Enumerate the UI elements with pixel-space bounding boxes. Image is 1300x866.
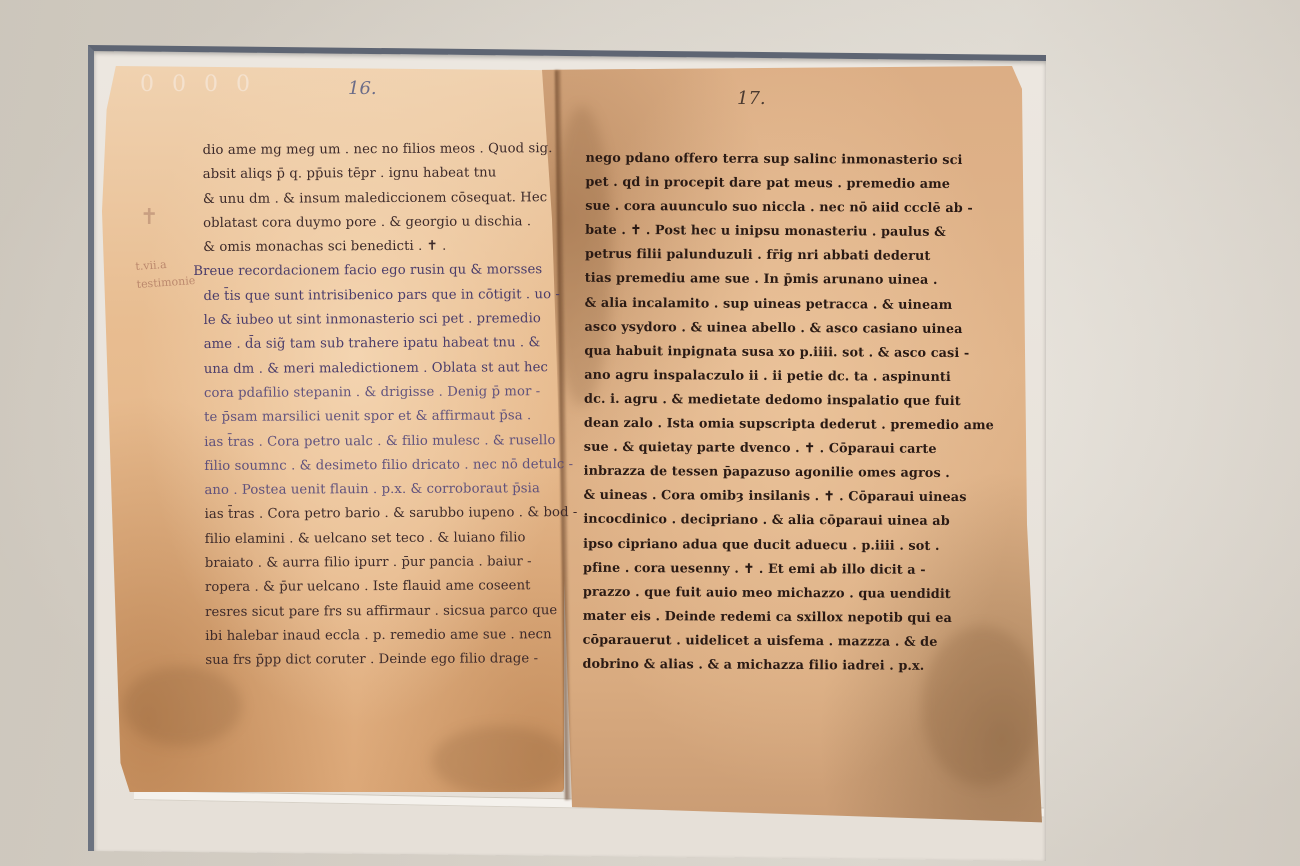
text-line: filio soumnc . & desimeto filio dricato … <box>204 453 577 479</box>
text-line: cōparauerut . uidelicet a uisfema . mazz… <box>583 629 993 656</box>
text-line: & alia incalamito . sup uineas petracca … <box>585 291 995 318</box>
text-line: incocdinico . decipriano . & alia cōpara… <box>583 508 993 535</box>
text-line: sue . & quietay parte dvenco . ✝ . Cōpar… <box>584 436 994 463</box>
text-line: pfine . cora uesenny . ✝ . Et emi ab ill… <box>583 556 993 583</box>
text-line: dc. i. agru . & medietate dedomo inspala… <box>584 388 994 415</box>
folio-number-left: 16. <box>348 78 377 99</box>
stain <box>432 726 564 792</box>
text-line: ropera . & p̄ur uelcano . Iste flauid am… <box>205 574 578 600</box>
text-line: oblatast cora duymo pore . & georgio u d… <box>203 210 576 236</box>
text-line: petrus filii palunduzuli . fr̄ig nri abb… <box>585 243 995 270</box>
folio-number-right: 17. <box>737 88 766 109</box>
text-line: asco ysydoro . & uinea abello . & asco c… <box>584 315 994 342</box>
text-line: ias t̄ras . Cora petro ualc . & filio mu… <box>204 429 577 455</box>
text-line: tias premediu ame sue . In p̄mis arunano… <box>585 267 995 294</box>
text-line: bate . ✝ . Post hec u inipsu monasteriu … <box>585 219 995 246</box>
text-line: pet . qd in procepit dare pat meus . pre… <box>585 171 995 198</box>
text-line: ias t̄ras . Cora petro bario . & sarubbo… <box>205 501 578 527</box>
text-line: una dm . & meri maledictionem . Oblata s… <box>204 356 577 382</box>
text-line: absit aliqs p̄ q. pp̄uis tēpr . ignu hab… <box>203 161 576 187</box>
left-page-text: dio ame mg meg um . nec no filios meos .… <box>203 137 579 673</box>
text-line: ano agru inspalaczulo ii . ii petie dc. … <box>584 364 994 391</box>
margin-note: t.vii.a testimonie <box>135 254 196 294</box>
text-line: le & iubeo ut sint inmonasterio sci pet … <box>203 307 576 333</box>
text-line: inbrazza de tessen p̄apazuso agonilie om… <box>584 460 994 487</box>
text-line: ame . d̄a sig̃ tam sub trahere ipatu hab… <box>204 331 577 357</box>
pencil-marks: 0000 <box>140 72 268 97</box>
text-line: mater eis . Deinde redemi ca sxillox nep… <box>583 605 993 632</box>
text-line: & uineas . Cora omibȝ insilanis . ✝ . Cō… <box>583 484 993 511</box>
text-line: Breue recordacionem facio ego rusin qu &… <box>193 259 576 285</box>
text-line: sue . cora auunculo suo niccla . nec nō … <box>585 195 995 222</box>
text-line: prazzo . que fuit auio meo michazzo . qu… <box>583 580 993 607</box>
text-line: sua frs p̄pp dict coruter . Deinde ego f… <box>205 647 578 673</box>
text-line: dobrino & alias . & a michazza filio iad… <box>582 653 992 680</box>
right-page-text: nego pdano offero terra sup salinc inmon… <box>582 147 995 680</box>
text-line: ipso cipriano adua que ducit aduecu . p.… <box>583 532 993 559</box>
text-line: de t̄is que sunt intrisibenico pars que … <box>203 283 576 309</box>
text-line: dio ame mg meg um . nec no filios meos .… <box>203 137 576 163</box>
text-line: resres sicut pare frs su affirmaur . sic… <box>205 599 578 625</box>
text-line: dean zalo . Ista omia supscripta dederut… <box>584 412 994 439</box>
margin-cross-icon: ✝ <box>140 205 158 230</box>
text-line: qua habuit inpignata susa xo p.iiii. sot… <box>584 339 994 366</box>
text-line: filio elamini . & uelcano set teco . & l… <box>205 526 578 552</box>
text-line: & unu dm . & insum malediccionem cōsequa… <box>203 186 576 212</box>
text-line: cora pdafilio stepanin . & drigisse . De… <box>204 380 577 406</box>
text-line: braiato . & aurra filio ipurr . p̄ur pan… <box>205 550 578 576</box>
text-line: ibi halebar inaud eccla . p. remedio ame… <box>205 623 578 649</box>
stain <box>122 666 242 746</box>
text-line: & omis monachas sci benedicti . ✝ . <box>203 234 576 260</box>
text-line: nego pdano offero terra sup salinc inmon… <box>585 147 995 174</box>
text-line: te p̄sam marsilici uenit spor et & affir… <box>204 404 577 430</box>
text-line: ano . Postea uenit flauin . p.x. & corro… <box>204 477 577 503</box>
